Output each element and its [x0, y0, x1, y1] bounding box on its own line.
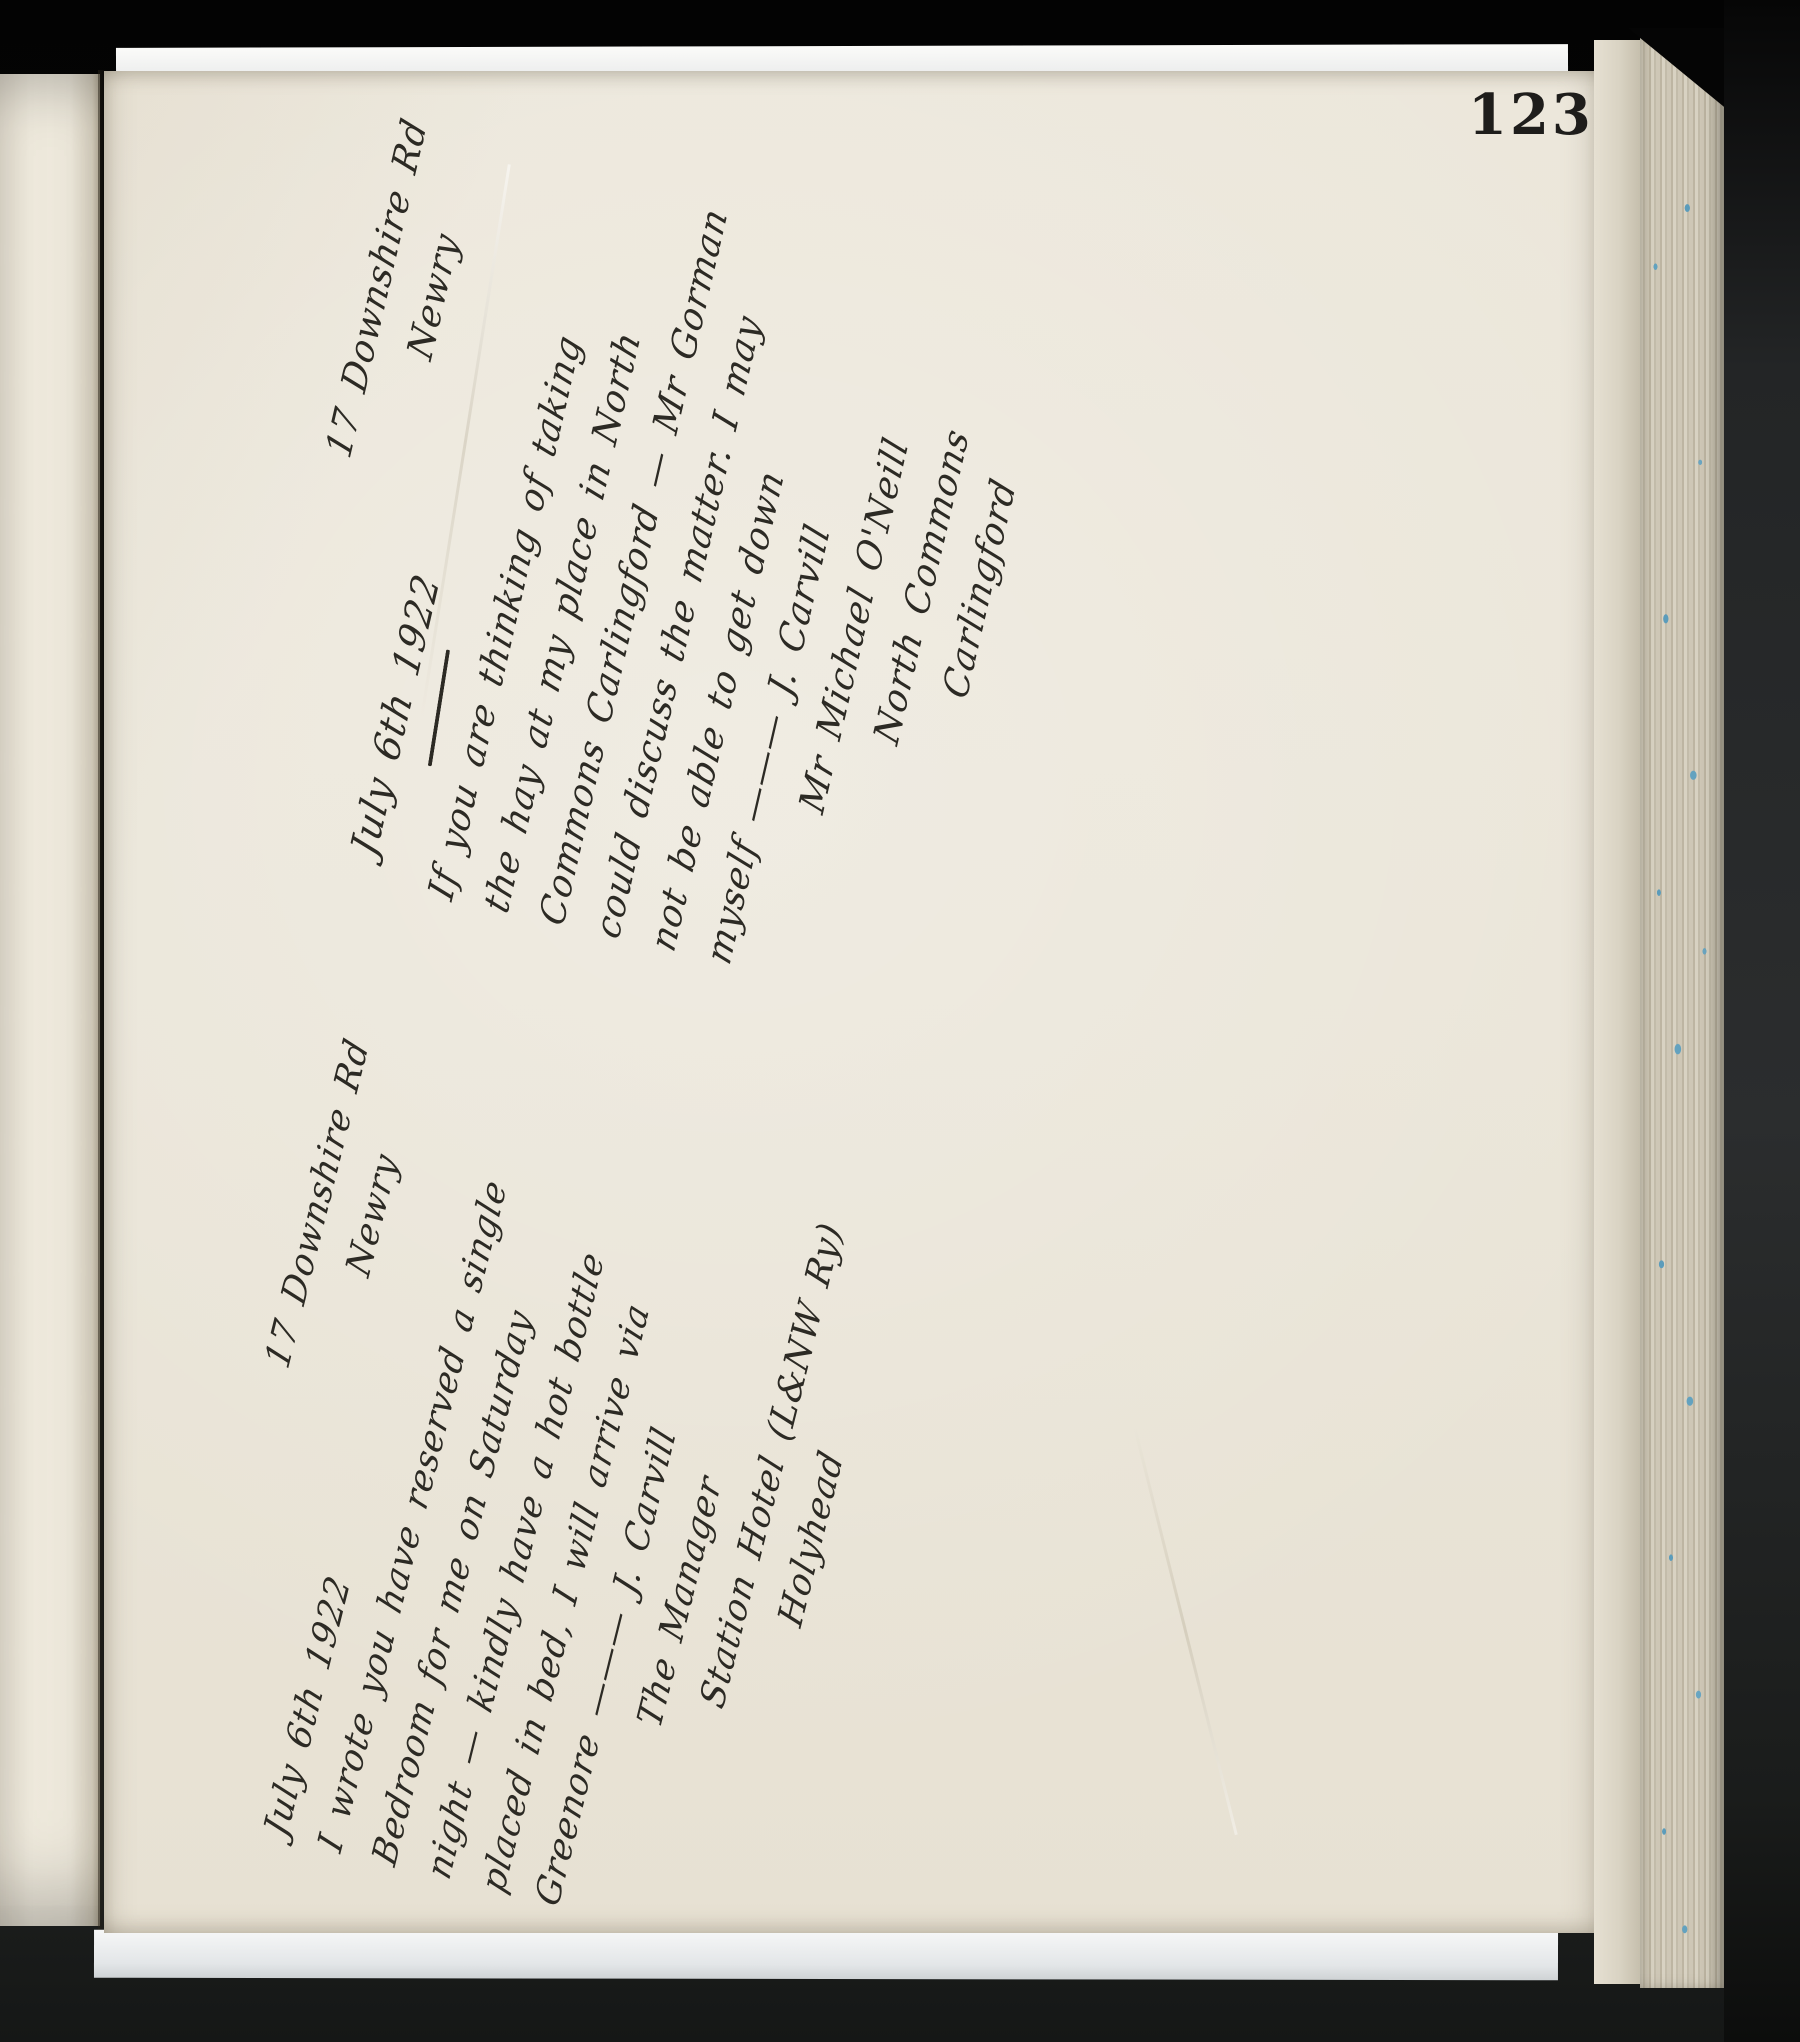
underlying-page-bottom-edge	[94, 1930, 1558, 1981]
page-number: 123	[1468, 82, 1598, 148]
book-cover-edge	[1724, 0, 1800, 2042]
book-fore-edge	[1640, 32, 1726, 1988]
page-fold-edge	[1594, 40, 1640, 1984]
facing-page-edge	[0, 74, 100, 1926]
letterbook-photo: 123 17 Downshire Rd Newry July 6th 1922 …	[0, 0, 1800, 2042]
paper-crease	[1133, 1427, 1238, 1835]
